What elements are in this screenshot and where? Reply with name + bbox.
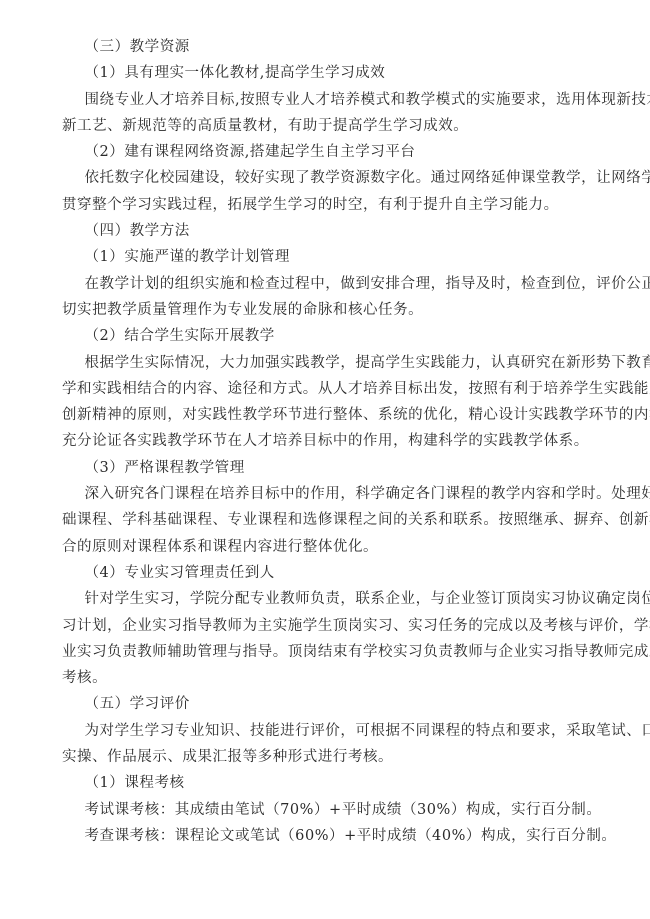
- paragraph-line: 新工艺、新规范等的高质量教材，有助于提高学生学习成效。: [62, 113, 606, 139]
- paragraph-line: 考核。: [62, 665, 606, 691]
- paragraph-line: 在教学计划的组织实施和检查过程中，做到安排合理，指导及时，检查到位，评价公正。: [62, 271, 606, 297]
- item-title-internship-management: （4）专业实习管理责任到人: [62, 560, 606, 586]
- exam-course-assessment-line: 考试课考核：其成绩由笔试（70%）+平时成绩（30%）构成，实行百分制。: [62, 797, 606, 823]
- item-title-plan-management: （1）实施严谨的教学计划管理: [62, 244, 606, 270]
- paragraph-line: 学和实践相结合的内容、途径和方式。从人才培养目标出发，按照有利于培养学生实践能力…: [62, 376, 606, 402]
- paragraph-line: 围绕专业人才培养目标,按照专业人才培养模式和教学模式的实施要求，选用体现新技术、: [62, 87, 606, 113]
- check-course-assessment-line: 考查课考核：课程论文或笔试（60%）+平时成绩（40%）构成，实行百分制。: [62, 823, 606, 849]
- section-heading-learning-evaluation: （五）学习评价: [62, 691, 606, 717]
- item-title-online-resources: （2）建有课程网络资源,搭建起学生自主学习平台: [62, 139, 606, 165]
- document-page: （三）教学资源 （1）具有理实一体化教材,提高学生学习成效 围绕专业人才培养目标…: [62, 34, 606, 849]
- item-title-course-assessment: （1）课程考核: [62, 770, 606, 796]
- paragraph-line: 贯穿整个学习实践过程，拓展学生学习的时空，有利于提升自主学习能力。: [62, 192, 606, 218]
- paragraph-line: 为对学生学习专业知识、技能进行评价，可根据不同课程的特点和要求，采取笔试、口试、: [62, 718, 606, 744]
- paragraph-line: 础课程、学科基础课程、专业课程和选修课程之间的关系和联系。按照继承、摒弃、创新相…: [62, 507, 606, 533]
- section-heading-teaching-resources: （三）教学资源: [62, 34, 606, 60]
- paragraph-line: 实操、作品展示、成果汇报等多种形式进行考核。: [62, 744, 606, 770]
- section-heading-teaching-methods: （四）教学方法: [62, 218, 606, 244]
- item-title-practice-teaching: （2）结合学生实际开展教学: [62, 323, 606, 349]
- item-title-integrated-textbooks: （1）具有理实一体化教材,提高学生学习成效: [62, 60, 606, 86]
- paragraph-line: 业实习负责教师辅助管理与指导。顶岗结束有学校实习负责教师与企业实习指导教师完成总…: [62, 639, 606, 665]
- paragraph-line: 根据学生实际情况，大力加强实践教学，提高学生实践能力，认真研究在新形势下教育教: [62, 350, 606, 376]
- paragraph-line: 深入研究各门课程在培养目标中的作用，科学确定各门课程的教学内容和学时。处理好基: [62, 481, 606, 507]
- item-title-course-management: （3）严格课程教学管理: [62, 455, 606, 481]
- paragraph-line: 充分论证各实践教学环节在人才培养目标中的作用，构建科学的实践教学体系。: [62, 428, 606, 454]
- paragraph-line: 创新精神的原则，对实践性教学环节进行整体、系统的优化，精心设计实践教学环节的内容…: [62, 402, 606, 428]
- paragraph-line: 切实把教学质量管理作为专业发展的命脉和核心任务。: [62, 297, 606, 323]
- paragraph-line: 合的原则对课程体系和课程内容进行整体优化。: [62, 534, 606, 560]
- paragraph-line: 针对学生实习，学院分配专业教师负责，联系企业，与企业签订顶岗实习协议确定岗位实: [62, 586, 606, 612]
- paragraph-line: 习计划，企业实习指导教师为主实施学生顶岗实习、实习任务的完成以及考核与评价，学校…: [62, 613, 606, 639]
- paragraph-line: 依托数字化校园建设，较好实现了教学资源数字化。通过网络延伸课堂教学，让网络学习: [62, 165, 606, 191]
